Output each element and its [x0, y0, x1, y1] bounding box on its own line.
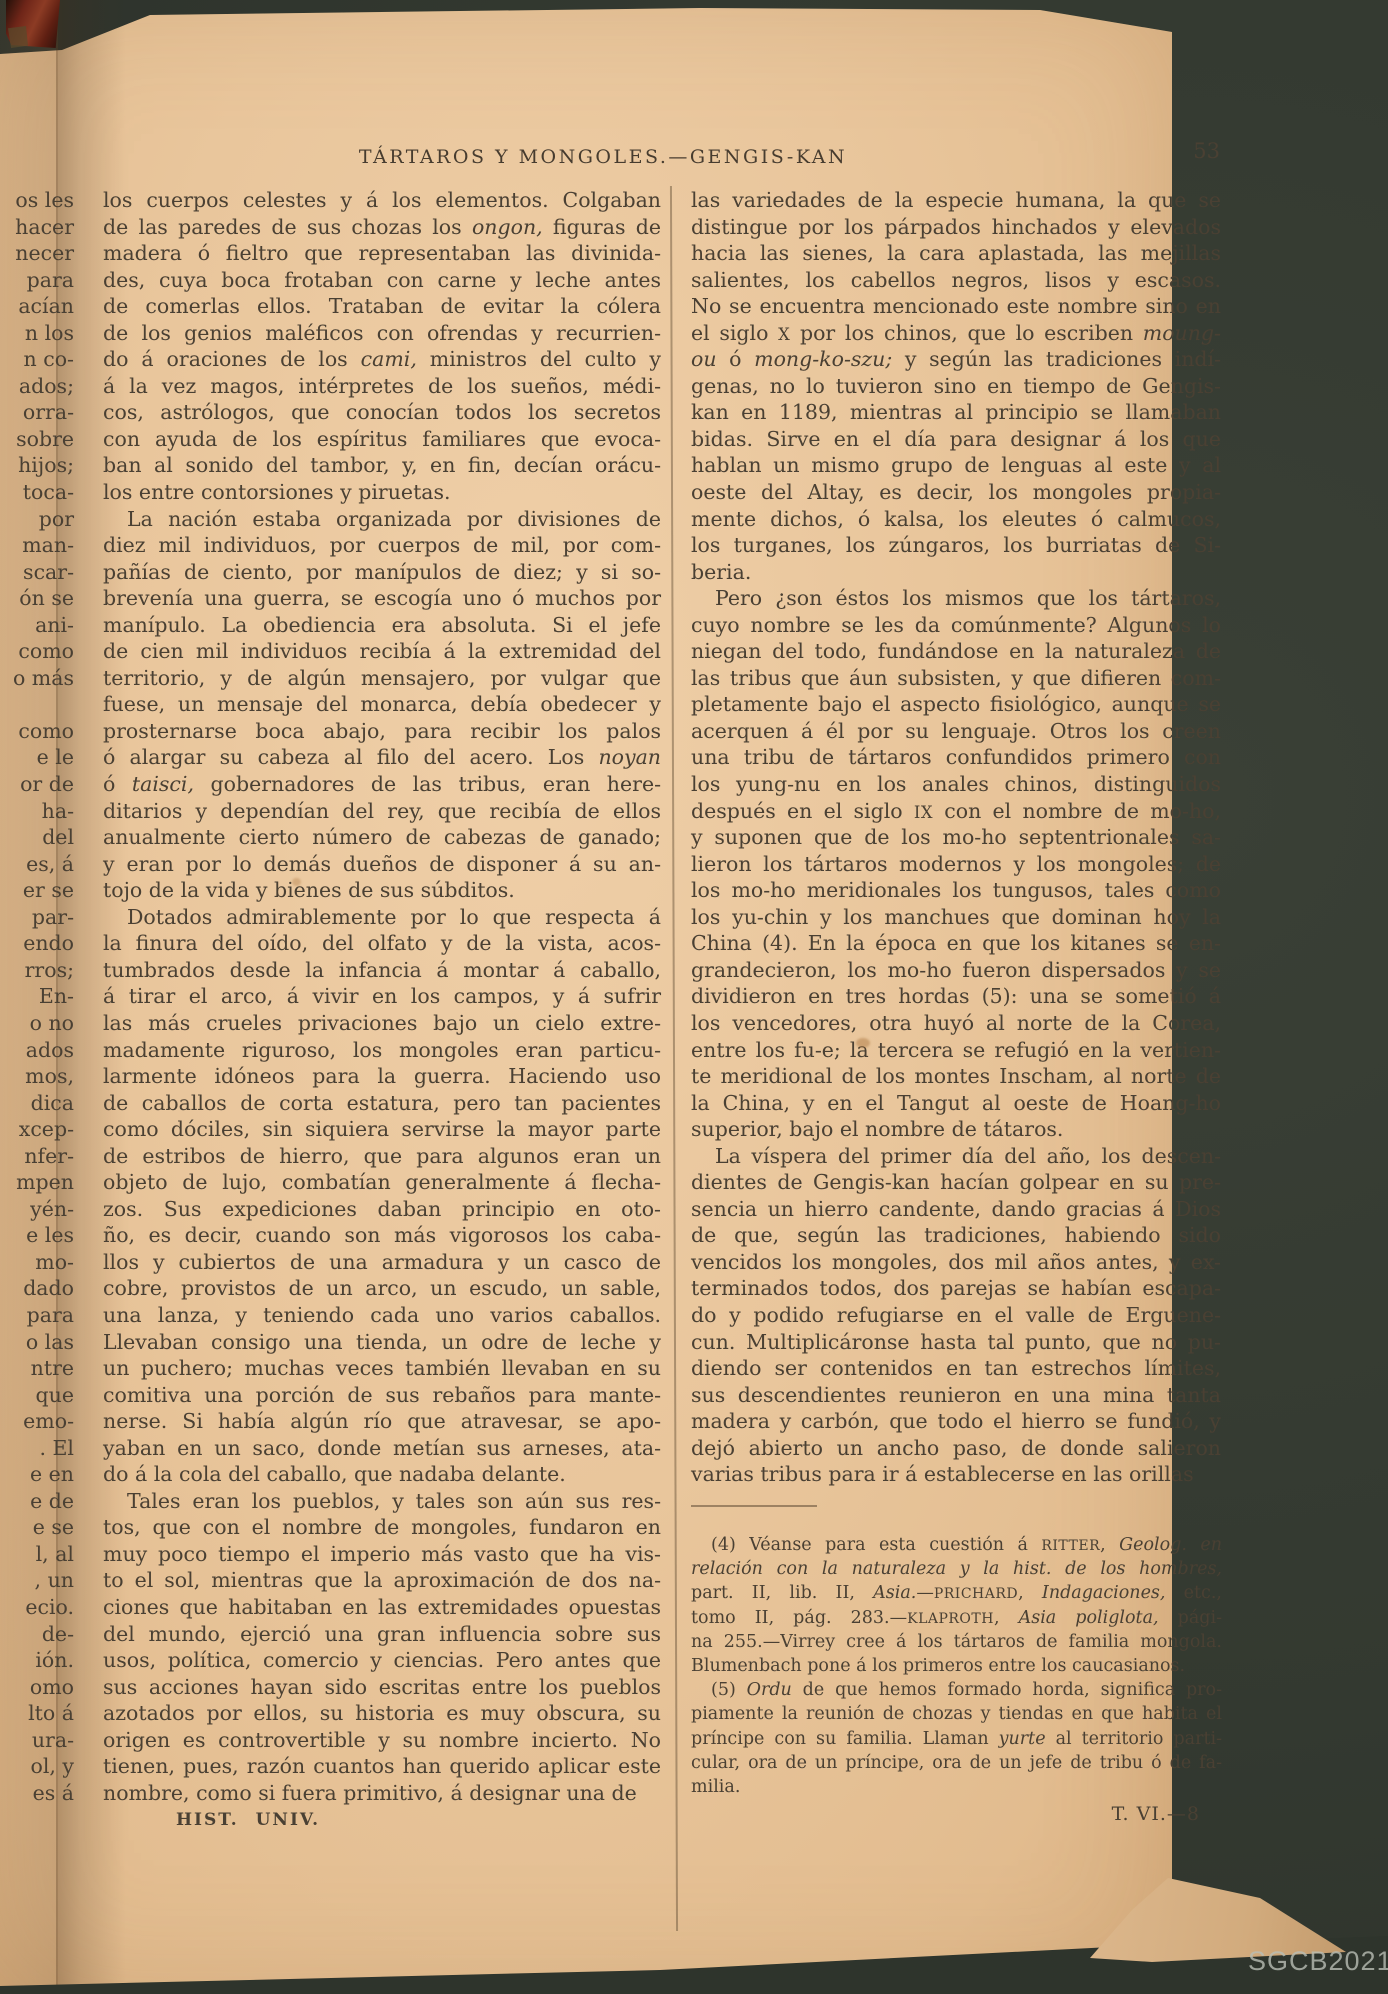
- previous-page-text-line: endo: [0, 930, 74, 957]
- text-line: do á oraciones de los cami, ministros de…: [103, 346, 661, 373]
- text-line: hablan un mismo grupo de lenguas al este…: [691, 452, 1221, 479]
- text-line: tojo de la vida y bienes de sus súbditos…: [103, 877, 661, 904]
- text-line: varias tribus para ir á establecerse en …: [691, 1461, 1221, 1488]
- text-line: beria.: [691, 559, 1221, 586]
- previous-page-text-line: En-: [0, 983, 74, 1010]
- previous-page-text-line: e en: [0, 1461, 74, 1488]
- running-header: TÁRTAROS Y MONGOLES.—GENGIS-KAN: [103, 146, 1103, 168]
- text-line: Dotados admirablemente por lo que respec…: [103, 904, 661, 931]
- text-line: ó alargar su cabeza al filo del acero. L…: [103, 744, 661, 771]
- previous-page-text-line: e de: [0, 1488, 74, 1515]
- text-line: China (4). En la época en que los kitane…: [691, 930, 1221, 957]
- text-line: vencidos los mongoles, dos mil años ante…: [691, 1249, 1221, 1276]
- text-line: te meridional de los montes Inscham, al …: [691, 1063, 1221, 1090]
- text-column-right: las variedades de la especie humana, la …: [691, 187, 1221, 1488]
- text-line: diez mil individuos, por cuerpos de mil,…: [103, 532, 661, 559]
- book-spine-fragment-shadow: [8, 26, 28, 48]
- text-line: los turganes, los zúngaros, los burriata…: [691, 532, 1221, 559]
- previous-page-text-line: es á: [0, 1780, 74, 1807]
- text-line: una lanza, y teniendo cada uno varios ca…: [103, 1302, 661, 1329]
- previous-page-text-line: dado: [0, 1275, 74, 1302]
- text-column-left: los cuerpos celestes y á los elementos. …: [103, 187, 661, 1806]
- text-line: kan en 1189, mientras al principio se ll…: [691, 399, 1221, 426]
- text-line: las tribus que áun subsisten, y que difi…: [691, 665, 1221, 692]
- text-line: tos, que con el nombre de mongoles, fund…: [103, 1514, 661, 1541]
- text-line: cun. Multiplicáronse hasta tal punto, qu…: [691, 1329, 1221, 1356]
- text-line: sus acciones hayan sido escritas entre l…: [103, 1674, 661, 1701]
- previous-page-text-line: mo-: [0, 1249, 74, 1276]
- text-line: ño, es decir, cuando son más vigorosos l…: [103, 1222, 661, 1249]
- text-line: pletamente bajo el aspecto fisiológico, …: [691, 691, 1221, 718]
- previous-page-text-line: . El: [0, 1435, 74, 1462]
- text-line: pañías de ciento, por manípulos de diez;…: [103, 559, 661, 586]
- text-line: muy poco tiempo el imperio más vasto que…: [103, 1541, 661, 1568]
- text-line: dividieron en tres hordas (5): una se so…: [691, 983, 1221, 1010]
- text-line: de comerlas ellos. Trataban de evitar la…: [103, 293, 661, 320]
- text-line: nerse. Si había algún río que atravesar,…: [103, 1408, 661, 1435]
- text-line: tienen, pues, razón cuantos han querido …: [103, 1753, 661, 1780]
- previous-page-text-line: omo: [0, 1674, 74, 1701]
- previous-page-text-line: man-: [0, 532, 74, 559]
- text-line: genas, no lo tuvieron sino en tiempo de …: [691, 373, 1221, 400]
- text-line: relación con la naturaleza y la hist. de…: [691, 1557, 1222, 1581]
- previous-page-text-line: or de: [0, 771, 74, 798]
- previous-page-text-line: [0, 691, 74, 718]
- text-line: lieron los tártaros modernos y los mongo…: [691, 851, 1221, 878]
- previous-page-text-line: necer: [0, 240, 74, 267]
- previous-page-text-line: xcep-: [0, 1116, 74, 1143]
- previous-page-text-line: emo-: [0, 1408, 74, 1435]
- text-line: sencia un hierro candente, dando gracias…: [691, 1196, 1221, 1223]
- text-line: distingue por los párpados hinchados y e…: [691, 214, 1221, 241]
- text-line: No se encuentra mencionado este nombre s…: [691, 293, 1221, 320]
- text-line: larmente idóneos para la guerra. Haciend…: [103, 1063, 661, 1090]
- text-line: de los genios maléficos con ofrendas y r…: [103, 320, 661, 347]
- text-line: Llevaban consigo una tienda, un odre de …: [103, 1329, 661, 1356]
- previous-page-text-line: ados;: [0, 373, 74, 400]
- text-line: terminados todos, dos parejas se habían …: [691, 1275, 1221, 1302]
- previous-page-text-line: nfer-: [0, 1143, 74, 1170]
- text-line: diendo ser contenidos en tan estrechos l…: [691, 1355, 1221, 1382]
- previous-page-text-line: hijos;: [0, 452, 74, 479]
- footnotes: (4) Véanse para esta cuestión á RITTER, …: [691, 1533, 1222, 1799]
- text-line: el siglo X por los chinos, que lo escrib…: [691, 320, 1221, 347]
- previous-page-text-line: orra-: [0, 399, 74, 426]
- text-line: la China, y en el Tangut al oeste de Hoa…: [691, 1090, 1221, 1117]
- previous-page-text-line: o no: [0, 1010, 74, 1037]
- previous-page-text-line: de-: [0, 1621, 74, 1648]
- previous-page-text-line: hacer: [0, 214, 74, 241]
- signature-mark: HIST. UNIV.: [176, 1810, 320, 1830]
- text-line: como dóciles, sin siquiera servirse la m…: [103, 1116, 661, 1143]
- text-line: á la vez magos, intérpretes de los sueño…: [103, 373, 661, 400]
- previous-page-text-line: para: [0, 267, 74, 294]
- previous-page-text-line: ados: [0, 1037, 74, 1064]
- text-line: llos y cubiertos de una armadura y un ca…: [103, 1249, 661, 1276]
- previous-page-text-line: n co-: [0, 346, 74, 373]
- text-line: después en el siglo IX con el nombre de …: [691, 798, 1221, 825]
- text-line: las más crueles privaciones bajo un ciel…: [103, 1010, 661, 1037]
- previous-page-text-line: er se: [0, 877, 74, 904]
- previous-page-text-line: ntre: [0, 1355, 74, 1382]
- text-line: los entre contorsiones y piruetas.: [103, 479, 661, 506]
- text-line: part. II, lib. II, Asia.—PRICHARD, Indag…: [691, 1581, 1222, 1605]
- text-line: mente dichos, ó kalsa, los eleutes ó cal…: [691, 506, 1221, 533]
- text-line: usos, política, comercio y ciencias. Per…: [103, 1647, 661, 1674]
- text-line: Tales eran los pueblos, y tales son aún …: [103, 1488, 661, 1515]
- text-line: hacia las sienes, la cara aplastada, las…: [691, 240, 1221, 267]
- text-line: acerquen á él por su lenguaje. Otros los…: [691, 718, 1221, 745]
- text-line: ou ó mong-ko-szu; y según las tradicione…: [691, 346, 1221, 373]
- previous-page-text-line: ión.: [0, 1647, 74, 1674]
- previous-page-text-line: ura-: [0, 1727, 74, 1754]
- text-line: tomo II, pág. 283.—KLAPROTH, Asia poligl…: [691, 1606, 1222, 1630]
- previous-page-text-line: toca-: [0, 479, 74, 506]
- text-line: do y podido refugiarse en el valle de Er…: [691, 1302, 1221, 1329]
- text-line: á tirar el arco, á vivir en los campos, …: [103, 983, 661, 1010]
- text-line: madera y carbón, que todo el hierro se f…: [691, 1408, 1221, 1435]
- text-line: niegan del todo, fundándose en la natura…: [691, 638, 1221, 665]
- text-line: los mo-ho meridionales los tungusos, tal…: [691, 877, 1221, 904]
- text-line: prosternarse boca abajo, para recibir lo…: [103, 718, 661, 745]
- text-line: de que, según las tradiciones, habiendo …: [691, 1222, 1221, 1249]
- page-number: 53: [1140, 139, 1220, 163]
- previous-page-text-line: o las: [0, 1329, 74, 1356]
- text-line: los yung-nu en los anales chinos, distin…: [691, 771, 1221, 798]
- text-line: de estribos de hierro, que para algunos …: [103, 1143, 661, 1170]
- text-line: salientes, los cabellos negros, lisos y …: [691, 267, 1221, 294]
- previous-page-text-line: scar-: [0, 559, 74, 586]
- text-line: ó taisci, gobernadores de las tribus, er…: [103, 771, 661, 798]
- text-line: comitiva una porción de sus rebaños para…: [103, 1382, 661, 1409]
- previous-page-text-line: , un: [0, 1567, 74, 1594]
- text-line: Blumenbach pone á los primeros entre los…: [691, 1654, 1222, 1678]
- text-line: zos. Sus expediciones daban principio en…: [103, 1196, 661, 1223]
- text-line: fuese, un mensaje del monarca, debía obe…: [103, 691, 661, 718]
- previous-page-text-line: por: [0, 506, 74, 533]
- previous-page-text-line: acían: [0, 293, 74, 320]
- previous-page-text-line: yén-: [0, 1196, 74, 1223]
- text-line: las variedades de la especie humana, la …: [691, 187, 1221, 214]
- text-line: na 255.—Virrey cree á los tártaros de fa…: [691, 1630, 1222, 1654]
- text-line: ban al sonido del tambor, y, en fin, dec…: [103, 452, 661, 479]
- text-line: (4) Véanse para esta cuestión á RITTER, …: [691, 1533, 1222, 1557]
- text-line: cuyo nombre se les da comúnmente? Alguno…: [691, 612, 1221, 639]
- previous-page-text-line: ha-: [0, 798, 74, 825]
- text-line: de caballos de corta estatura, pero tan …: [103, 1090, 661, 1117]
- previous-page-text-line: e les: [0, 1222, 74, 1249]
- text-line: sus descendientes reunieron en una mina …: [691, 1382, 1221, 1409]
- text-line: Pero ¿son éstos los mismos que los tárta…: [691, 585, 1221, 612]
- text-line: los vencedores, otra huyó al norte de la…: [691, 1010, 1221, 1037]
- text-line: (5) Ordu de que hemos formado horda, sig…: [691, 1678, 1222, 1702]
- text-line: dejó abierto un ancho paso, de donde sal…: [691, 1435, 1221, 1462]
- text-line: una tribu de tártaros confundidos primer…: [691, 744, 1221, 771]
- text-line: anualmente cierto número de cabezas de g…: [103, 824, 661, 851]
- text-line: cobre, provistos de un arco, un escudo, …: [103, 1275, 661, 1302]
- text-line: brevenía una guerra, se escogía uno ó mu…: [103, 585, 661, 612]
- text-line: dientes de Gengis-kan hacían golpear en …: [691, 1169, 1221, 1196]
- previous-page-text-line: es, á: [0, 851, 74, 878]
- watermark: SGCB2021: [1248, 1946, 1388, 1977]
- text-line: des, cuya boca frotaban con carne y lech…: [103, 267, 661, 294]
- previous-page-text-line: sobre: [0, 426, 74, 453]
- text-line: los yu-chin y los manchues que dominan h…: [691, 904, 1221, 931]
- previous-page-text-line: del: [0, 824, 74, 851]
- text-line: nombre, como si fuera primitivo, á desig…: [103, 1780, 661, 1807]
- text-line: do á la cola del caballo, que nadaba del…: [103, 1461, 661, 1488]
- text-line: los cuerpos celestes y á los elementos. …: [103, 187, 661, 214]
- text-line: origen es controvertible y su nombre inc…: [103, 1727, 661, 1754]
- previous-page-text-line: os les: [0, 187, 74, 214]
- previous-page-text-line: para: [0, 1302, 74, 1329]
- previous-page-text-line: ol, y: [0, 1753, 74, 1780]
- text-line: azotados por ellos, su historia es muy o…: [103, 1700, 661, 1727]
- text-line: ciones que habitaban en las extremidades…: [103, 1594, 661, 1621]
- text-line: de las paredes de sus chozas los ongon, …: [103, 214, 661, 241]
- previous-page-text-line: e le: [0, 744, 74, 771]
- text-line: bidas. Sirve en el día para designar á l…: [691, 426, 1221, 453]
- text-line: ditarios y dependían del rey, que recibí…: [103, 798, 661, 825]
- text-line: un puchero; muchas veces también llevaba…: [103, 1355, 661, 1382]
- previous-page-text-line: ón se: [0, 585, 74, 612]
- previous-page-text-line: dica: [0, 1090, 74, 1117]
- text-line: y eran por lo demás dueños de disponer á…: [103, 851, 661, 878]
- text-line: del mundo, ejerció una gran influencia s…: [103, 1621, 661, 1648]
- text-line: entre los fu-e; la tercera se refugió en…: [691, 1037, 1221, 1064]
- text-line: grandecieron, los mo-ho fueron dispersad…: [691, 957, 1221, 984]
- previous-page-text-line: como: [0, 638, 74, 665]
- text-line: territorio, y de algún mensajero, por vu…: [103, 665, 661, 692]
- previous-page-text-line: l, al: [0, 1541, 74, 1568]
- previous-page-text-line: o más: [0, 665, 74, 692]
- text-line: manípulo. La obediencia era absoluta. Si…: [103, 612, 661, 639]
- text-line: objeto de lujo, combatían generalmente á…: [103, 1169, 661, 1196]
- previous-page-text-line: mpen: [0, 1169, 74, 1196]
- previous-page-text-line: par-: [0, 904, 74, 931]
- previous-page-text-line: e se: [0, 1514, 74, 1541]
- text-line: y suponen que de los mo-ho septentrional…: [691, 824, 1221, 851]
- text-line: madamente riguroso, los mongoles eran pa…: [103, 1037, 661, 1064]
- text-line: de cien mil individuos recibía á la extr…: [103, 638, 661, 665]
- volume-mark: T. VI.—8: [1020, 1803, 1200, 1825]
- previous-page-text-fragments: os leshacernecerparaacíann losn co-ados;…: [0, 187, 74, 1806]
- text-line: La nación estaba organizada por division…: [103, 506, 661, 533]
- text-line: príncipe con su familia. Llaman yurte al…: [691, 1727, 1222, 1751]
- text-line: la finura del oído, del olfato y de la v…: [103, 930, 661, 957]
- previous-page-text-line: rros;: [0, 957, 74, 984]
- text-line: madera ó fieltro que representaban las d…: [103, 240, 661, 267]
- previous-page-text-line: que: [0, 1382, 74, 1409]
- previous-page-text-line: como: [0, 718, 74, 745]
- previous-page-text-line: mos,: [0, 1063, 74, 1090]
- text-line: oeste del Altay, es decir, los mongoles …: [691, 479, 1221, 506]
- text-line: superior, bajo el nombre de tátaros.: [691, 1116, 1221, 1143]
- text-line: La víspera del primer día del año, los d…: [691, 1143, 1221, 1170]
- text-line: piamente la reunión de chozas y tiendas …: [691, 1702, 1222, 1726]
- previous-page-text-line: ecio.: [0, 1594, 74, 1621]
- previous-page-text-line: ani-: [0, 612, 74, 639]
- text-line: con ayuda de los espíritus familiares qu…: [103, 426, 661, 453]
- previous-page-text-line: n los: [0, 320, 74, 347]
- previous-page-text-line: lto á: [0, 1700, 74, 1727]
- text-line: cos, astrólogos, que conocían todos los …: [103, 399, 661, 426]
- text-line: to el sol, mientras que la aproximación …: [103, 1567, 661, 1594]
- text-line: milia.: [691, 1775, 1222, 1799]
- footnote-separator-line: [691, 1505, 817, 1507]
- text-line: cular, ora de un príncipe, ora de un jef…: [691, 1751, 1222, 1775]
- text-line: yaban en un saco, donde metían sus arnes…: [103, 1435, 661, 1462]
- text-line: tumbrados desde la infancia á montar á c…: [103, 957, 661, 984]
